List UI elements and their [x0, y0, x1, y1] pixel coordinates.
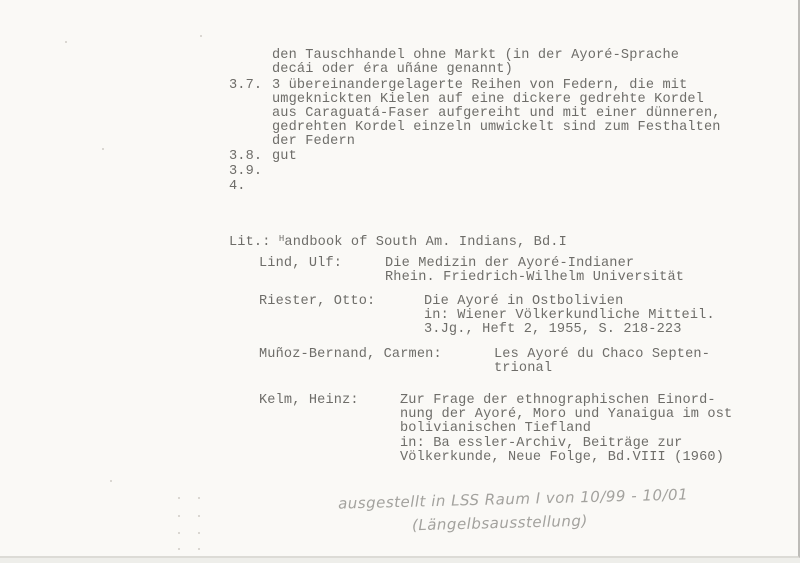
scan-edge	[0, 558, 800, 563]
paper-speck	[65, 41, 67, 43]
lit-author-lind: Lind, Ulf:	[259, 257, 342, 270]
lit-lind-line-2: Rhein. Friedrich-Wilhelm Universität	[385, 271, 684, 284]
section-number-3-7: 3.7.	[229, 79, 262, 92]
lit-riester-line-2: in: Wiener Völkerkundliche Mitteil.	[424, 309, 715, 322]
lit-riester-line-3: 3.Jg., Heft 2, 1955, S. 218-223	[424, 323, 682, 336]
paper-speck	[178, 515, 180, 517]
paper-speck	[102, 148, 104, 150]
description-line-1: den Tauschhandel ohne Markt (in der Ayor…	[272, 49, 679, 62]
paper-speck	[200, 35, 202, 37]
section-3-7-line-5: der Federn	[272, 135, 355, 148]
lit-author-kelm: Kelm, Heinz:	[259, 394, 359, 407]
paper-speck	[178, 497, 180, 499]
section-3-8-value: gut	[272, 150, 297, 163]
lit-kelm-line-3: bolivianischen Tiefland	[400, 422, 591, 435]
literature-first-title: andbook of South Am. Indians, Bd.I	[284, 235, 566, 250]
lit-kelm-line-1: Zur Frage der ethnographischen Einord-	[400, 394, 716, 407]
paper-speck	[110, 480, 112, 482]
section-number-4: 4.	[229, 180, 246, 193]
lit-riester-line-1: Die Ayoré in Ostbolivien	[424, 295, 623, 308]
literature-label: Lit.:	[229, 235, 271, 250]
paper-speck	[198, 548, 200, 550]
paper-speck	[198, 532, 200, 534]
paper-speck	[178, 548, 180, 550]
paper-speck	[198, 497, 200, 499]
lit-author-riester: Riester, Otto:	[259, 295, 375, 308]
lit-author-munoz-bernand: Muñoz-Bernand, Carmen:	[259, 348, 442, 361]
lit-lind-line-1: Die Medizin der Ayoré-Indianer	[385, 257, 634, 270]
handwritten-note-line-2: (Längelbsausstellung)	[412, 512, 588, 535]
lit-munoz-line-2: trional	[494, 362, 552, 375]
section-number-3-8: 3.8.	[229, 150, 262, 163]
handwritten-note-line-1: ausgestellt in LSS Raum I von 10/99 - 10…	[338, 485, 689, 512]
section-3-7-line-1: 3 übereinandergelagerte Reihen von Feder…	[272, 79, 687, 92]
section-3-7-line-4: gedrehten Kordel einzeln umwickelt sind …	[272, 121, 721, 134]
literature-first-entry: Lit.: Handbook of South Am. Indians, Bd.…	[229, 233, 567, 249]
lit-munoz-line-1: Les Ayoré du Chaco Septen-	[494, 348, 710, 361]
section-3-7-line-3: aus Caraguatá-Faser aufgereiht und mit e…	[272, 107, 721, 120]
paper-speck	[198, 515, 200, 517]
lit-kelm-line-5: Völkerkunde, Neue Folge, Bd.VIII (1960)	[400, 451, 724, 464]
lit-kelm-line-4: in: Ba essler-Archiv, Beiträge zur	[400, 437, 682, 450]
paper-speck	[178, 532, 180, 534]
lit-kelm-line-2: nung der Ayoré, Moro und Yanaigua im ost	[400, 408, 732, 421]
section-3-7-line-2: umgeknickten Kielen auf eine dickere ged…	[272, 93, 704, 106]
catalogue-card: den Tauschhandel ohne Markt (in der Ayor…	[0, 0, 800, 558]
section-number-3-9: 3.9.	[229, 165, 262, 178]
description-line-2: decái oder éra uñáne genannt)	[272, 63, 513, 76]
